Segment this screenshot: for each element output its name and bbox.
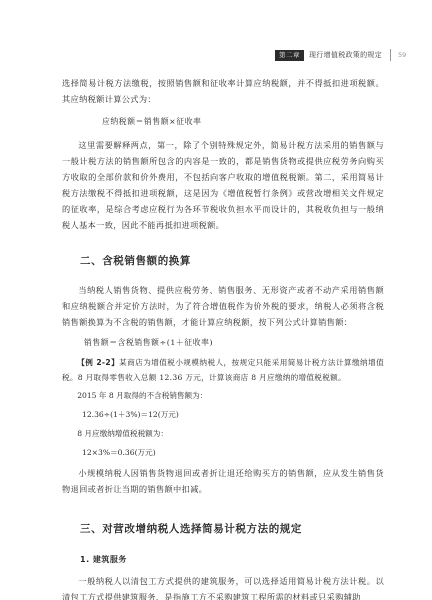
- section-heading-2: 二、含税销售额的换算: [80, 253, 384, 268]
- subsection-heading-construction: 1. 建筑服务: [80, 554, 384, 565]
- page-body: 选择简易计税方法缴税，按照销售额和征收率计算应纳税额，并不得抵扣进项税额。其应纳…: [62, 75, 384, 600]
- chapter-badge: 第二章: [275, 50, 304, 61]
- section-heading-3: 三、对营改增纳税人选择简易计税方法的规定: [80, 521, 384, 536]
- header-divider: [390, 49, 391, 61]
- chapter-title: 现行增值税政策的规定: [309, 50, 382, 60]
- page-number: 59: [398, 51, 406, 59]
- example-step-1-label: 2015 年 8 月取得的不含税销售额为：: [62, 389, 384, 403]
- paragraph-section-2: 当纳税人销售货物、提供应税劳务、销售服务、无形资产或者不动产采用销售额和应纳税额…: [62, 282, 384, 330]
- intro-line-1: 选择简易计税方法缴税，按照销售额和征收率计算应纳税额，并不得抵扣进项税额。: [62, 78, 384, 88]
- formula-sales-conversion: 销售额＝含税销售额÷(1＋征收率): [84, 335, 384, 351]
- example-step-2-calc: 12×3%＝0.36(万元): [82, 446, 384, 460]
- paragraph-construction: 一般纳税人以清包工方式提供的建筑服务，可以选择适用简易计税方法计税。以清包工方式…: [62, 573, 384, 600]
- intro-line-2: 其应纳税额计算公式为：: [62, 94, 156, 104]
- running-header: 第二章 现行增值税政策的规定 59: [275, 48, 406, 62]
- example-tag: 【例 2-2】: [77, 358, 119, 367]
- paragraph-explanation: 这里需要解释两点，第一，除了个别特殊规定外，简易计税方法采用的销售额与一般计税方…: [62, 137, 384, 233]
- formula-tax-payable: 应纳税额＝销售额×征收率: [102, 114, 384, 130]
- paragraph-intro: 选择简易计税方法缴税，按照销售额和征收率计算应纳税额，并不得抵扣进项税额。其应纳…: [62, 75, 384, 107]
- example-2-2: 【例 2-2】某商店为增值税小规模纳税人，按规定只能采用简易计税方法计算缴纳增值…: [62, 356, 384, 385]
- book-page: 第二章 现行增值税政策的规定 59 选择简易计税方法缴税，按照销售额和征收率计算…: [0, 0, 432, 600]
- paragraph-returns: 小规模纳税人因销售货物退回或者折让退还给购买方的销售额，应从发生销售货物退回或者…: [62, 465, 384, 497]
- example-step-1-calc: 12.36÷(1＋3%)＝12(万元): [82, 408, 384, 422]
- example-step-2-label: 8 月应缴纳增值税税额为：: [62, 427, 384, 441]
